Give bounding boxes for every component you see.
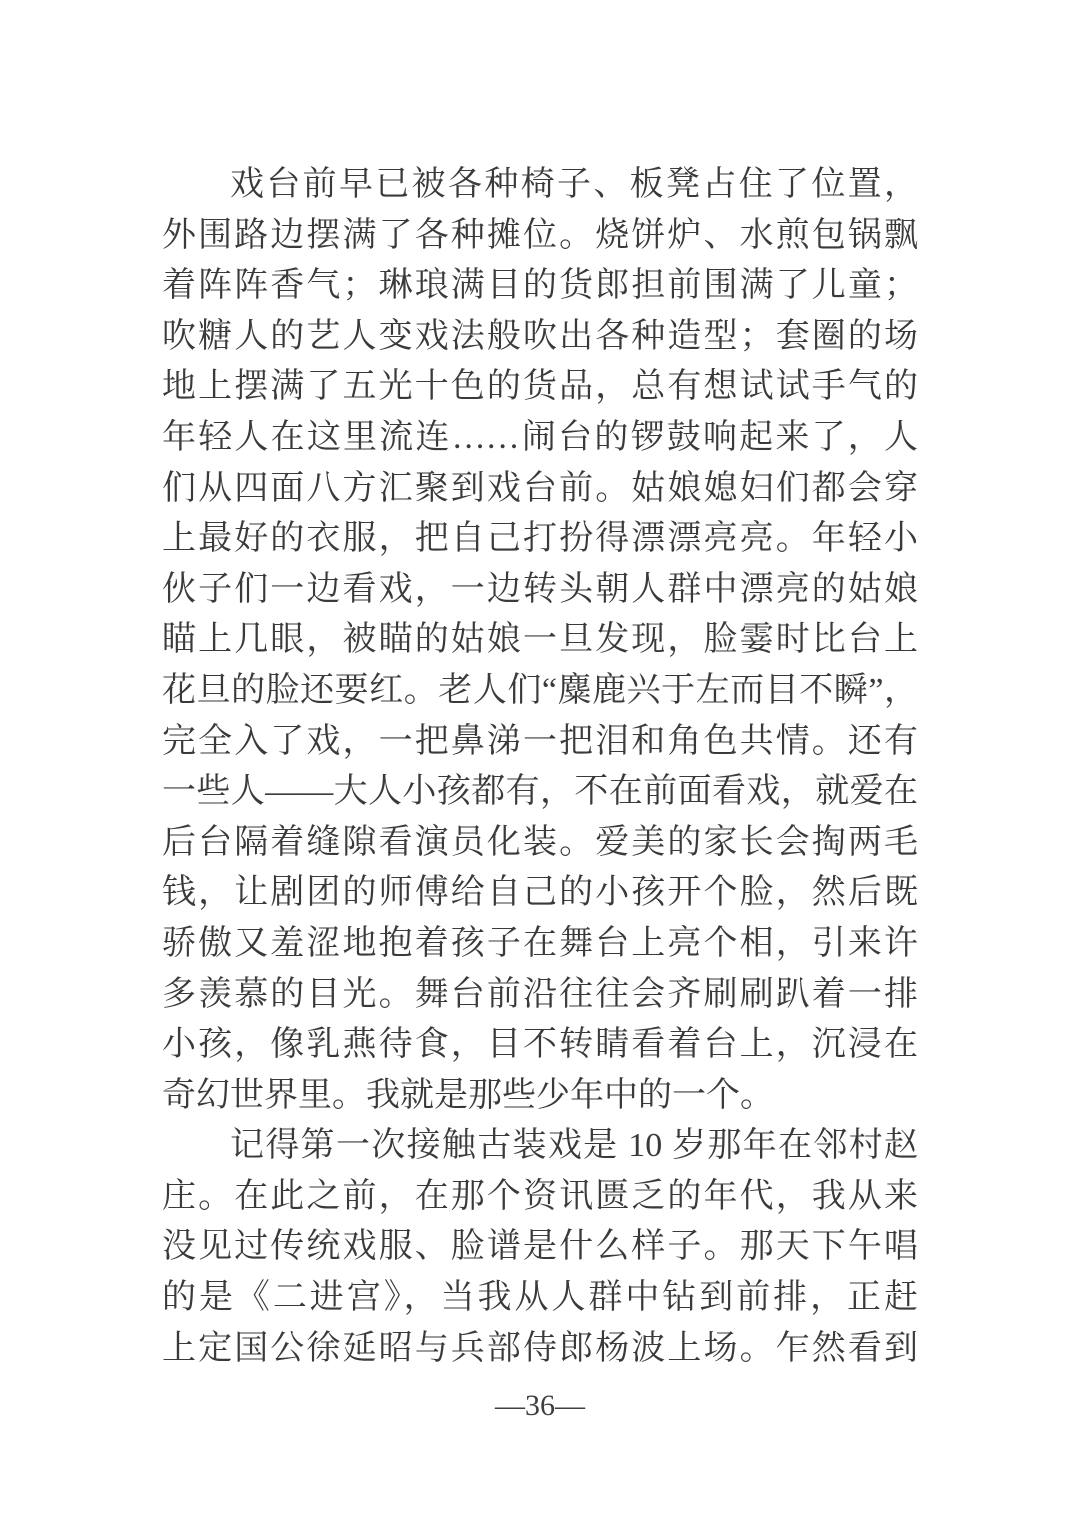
text-line: 年轻人在这里流连……闹台的锣鼓响起来了，人 [162, 413, 918, 464]
text-line: 吹糖人的艺人变戏法般吹出各种造型；套圈的场 [162, 312, 918, 363]
text-block: 戏台前早已被各种椅子、板凳占住了位置， 外围路边摆满了各种摊位。烧饼炉、水煎包锅… [162, 160, 918, 1374]
text-line: 们从四面八方汇聚到戏台前。姑娘媳妇们都会穿 [162, 464, 918, 515]
text-line: 多羡慕的目光。舞台前沿往往会齐刷刷趴着一排 [162, 970, 918, 1021]
text-line: 瞄上几眼，被瞄的姑娘一旦发现，脸霎时比台上 [162, 615, 918, 666]
text-line: 花旦的脸还要红。老人们“麋鹿兴于左而目不瞬”， [162, 666, 918, 717]
text-line: 伙子们一边看戏，一边转头朝人群中漂亮的姑娘 [162, 565, 918, 616]
text-line: 骄傲又羞涩地抱着孩子在舞台上亮个相，引来许 [162, 919, 918, 970]
text-line: 戏台前早已被各种椅子、板凳占住了位置， [162, 160, 918, 211]
text-line: 钱，让剧团的师傅给自己的小孩开个脸，然后既 [162, 868, 918, 919]
text-line: 后台隔着缝隙看演员化装。爱美的家长会掏两毛 [162, 818, 918, 869]
page-number: —36— [0, 1388, 1080, 1424]
text-line: 没见过传统戏服、脸谱是什么样子。那天下午唱 [162, 1222, 918, 1273]
text-line: 一些人——大人小孩都有，不在前面看戏，就爱在 [162, 767, 918, 818]
text-line: 上最好的衣服，把自己打扮得漂漂亮亮。年轻小 [162, 514, 918, 565]
text-line: 上定国公徐延昭与兵部侍郎杨波上场。乍然看到 [162, 1324, 918, 1375]
text-line: 完全入了戏，一把鼻涕一把泪和角色共情。还有 [162, 717, 918, 768]
text-line: 庄。在此之前，在那个资讯匮乏的年代，我从来 [162, 1172, 918, 1223]
text-line: 小孩，像乳燕待食，目不转睛看着台上，沉浸在 [162, 1020, 918, 1071]
document-page: 戏台前早已被各种椅子、板凳占住了位置， 外围路边摆满了各种摊位。烧饼炉、水煎包锅… [0, 0, 1080, 1525]
text-line: 的是《二进宫》，当我从人群中钻到前排，正赶 [162, 1273, 918, 1324]
text-line: 着阵阵香气；琳琅满目的货郎担前围满了儿童； [162, 261, 918, 312]
text-line: 地上摆满了五光十色的货品，总有想试试手气的 [162, 362, 918, 413]
text-line: 外围路边摆满了各种摊位。烧饼炉、水煎包锅飘 [162, 211, 918, 262]
text-line-paragraph-end: 奇幻世界里。我就是那些少年中的一个。 [162, 1071, 918, 1122]
text-line-paragraph-start: 记得第一次接触古装戏是 10 岁那年在邻村赵 [162, 1121, 918, 1172]
